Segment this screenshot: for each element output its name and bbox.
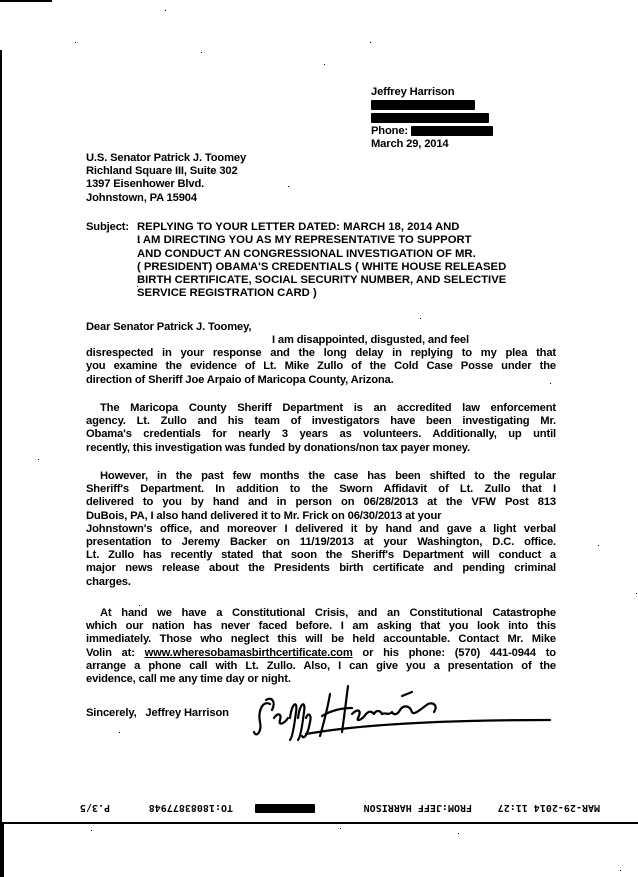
subject-line: SERVICE REGISTRATION CARD ) xyxy=(137,287,506,300)
scan-speck xyxy=(598,545,599,546)
letter-date: March 29, 2014 xyxy=(371,138,493,151)
fax-page: P.3/5 xyxy=(80,800,110,814)
paragraph-line: disrespected in your response and the lo… xyxy=(86,347,556,360)
paragraph-line: delivered to you by hand and in person o… xyxy=(86,496,556,509)
paragraph-line: At hand we have a Constitutional Crisis,… xyxy=(86,607,556,620)
scan-edge-mark xyxy=(0,0,52,2)
paragraph-3: However, in the past few months the case… xyxy=(86,470,556,589)
paragraph-line: However, in the past few months the case… xyxy=(86,470,556,483)
scan-speck xyxy=(324,64,325,65)
subject-line: ( PRESIDENT) OBAMA'S CREDENTIALS ( WHITE… xyxy=(137,261,506,274)
subject-line: BIRTH CERTIFICATE, SOCIAL SECURITY NUMBE… xyxy=(137,274,506,287)
phone-label: Phone: xyxy=(371,125,408,137)
subject-text: REPLYING TO YOUR LETTER DATED: MARCH 18,… xyxy=(137,221,506,301)
paragraph-line: agency. Lt. Zullo and his team of invest… xyxy=(86,415,556,428)
scan-left-edge-bottom xyxy=(0,823,4,877)
scan-speck xyxy=(636,593,637,594)
paragraph-4: At hand we have a Constitutional Crisis,… xyxy=(86,607,556,686)
paragraph-line: arrange a phone call with Lt. Zullo. Als… xyxy=(86,660,556,673)
scan-speck xyxy=(550,383,551,384)
redaction-bar xyxy=(255,805,315,814)
paragraph-line: Lt. Zullo has recently stated that soon … xyxy=(86,549,556,562)
scanned-letter-page: Jeffrey Harrison Phone: March 29, 2014 U… xyxy=(0,0,638,877)
recipient-line: U.S. Senator Patrick J. Toomey xyxy=(86,152,246,165)
scan-speck xyxy=(201,52,202,53)
redaction-bar xyxy=(371,100,475,110)
scan-speck xyxy=(165,10,166,11)
paragraph-line: immediately. Those who neglect this will… xyxy=(86,633,556,646)
paragraph-line: The Maricopa County Sheriff Department i… xyxy=(86,402,556,415)
valediction: Sincerely, xyxy=(86,707,137,719)
subject-label: Subject: xyxy=(86,221,129,234)
paragraph-line: presentation to Jeremy Backer on 11/19/2… xyxy=(86,536,556,549)
scan-speck xyxy=(139,242,140,243)
fax-from: FROM:JEFF HARRISON xyxy=(364,800,472,814)
scan-speck xyxy=(340,828,341,829)
scan-speck xyxy=(288,186,289,187)
paragraph-line: direction of Sheriff Joe Arpaio of Maric… xyxy=(86,374,556,387)
scan-speck xyxy=(139,605,140,606)
subject-line: REPLYING TO YOUR LETTER DATED: MARCH 18,… xyxy=(137,221,506,234)
scan-speck xyxy=(38,459,39,460)
closing: Sincerely, Jeffrey Harrison xyxy=(86,707,229,720)
paragraph-line: Obama's credentials for nearly 3 years a… xyxy=(86,428,556,441)
website-link[interactable]: www.wheresobamasbirthcertificate.com xyxy=(145,647,353,659)
sender-address-line-2 xyxy=(371,112,493,125)
handwritten-signature xyxy=(252,682,552,742)
fax-datetime: MAR-29-2014 11:27 xyxy=(498,800,600,814)
fax-redacted xyxy=(255,800,315,814)
recipient-line: Richland Square III, Suite 302 xyxy=(86,165,246,178)
scan-left-edge xyxy=(0,50,2,825)
paragraph-line: charges. xyxy=(86,576,556,589)
scan-speck xyxy=(458,833,459,834)
scan-speck xyxy=(75,42,76,43)
recipient-line: 1397 Eisenhower Blvd. xyxy=(86,178,246,191)
paragraph-line: you examine the evidence of Lt. Mike Zul… xyxy=(86,360,556,373)
subject-line: AND CONDUCT AN CONGRESSIONAL INVESTIGATI… xyxy=(137,248,506,261)
redaction-bar xyxy=(411,126,493,136)
paragraph-2: The Maricopa County Sheriff Department i… xyxy=(86,402,556,455)
subject-line: I AM DIRECTING YOU AS MY REPRESENTATIVE … xyxy=(137,234,506,247)
paragraph-line: DuBois, PA, I also hand delivered it to … xyxy=(86,510,556,523)
paragraph-line: recently, this investigation was funded … xyxy=(86,442,556,455)
paragraph-line: Sheriff's Department. In addition to the… xyxy=(86,483,556,496)
fax-transmission-header: MAR-29-2014 11:27 FROM:JEFF HARRISON TO:… xyxy=(60,800,600,814)
contact-prefix: Volin at: xyxy=(86,647,135,659)
salutation: Dear Senator Patrick J. Toomey, xyxy=(86,321,251,334)
paragraph-line: Volin at: www.wheresobamasbirthcertifica… xyxy=(86,647,556,660)
sender-address-line-1 xyxy=(371,99,493,112)
closing-name: Jeffrey Harrison xyxy=(145,707,228,719)
paragraph-line: I am disappointed, disgusted, and feel xyxy=(86,334,556,347)
fax-divider-line xyxy=(0,822,638,824)
recipient-line: Johnstown, PA 15904 xyxy=(86,192,246,205)
scan-speck xyxy=(137,286,138,287)
fax-to: TO:18083877948 xyxy=(149,800,233,814)
paragraph-line: major news release about the Presidents … xyxy=(86,562,556,575)
scan-speck xyxy=(370,42,371,43)
scan-speck xyxy=(91,830,92,831)
redaction-bar xyxy=(371,113,489,123)
sender-phone: Phone: xyxy=(371,125,493,138)
scan-speck xyxy=(119,732,120,733)
paragraph-line: Johnstown's office, and moreover I deliv… xyxy=(86,523,556,536)
sender-block: Jeffrey Harrison Phone: March 29, 2014 xyxy=(371,86,493,151)
scan-speck xyxy=(420,318,421,319)
contact-phone: or his phone: (570) 441-0944 to xyxy=(362,647,556,659)
scan-speck xyxy=(620,870,621,871)
sender-name: Jeffrey Harrison xyxy=(371,86,493,99)
paragraph-1: I am disappointed, disgusted, and feel d… xyxy=(86,334,556,387)
paragraph-line: which our nation has never faced before.… xyxy=(86,620,556,633)
recipient-address: U.S. Senator Patrick J. Toomey Richland … xyxy=(86,152,246,205)
